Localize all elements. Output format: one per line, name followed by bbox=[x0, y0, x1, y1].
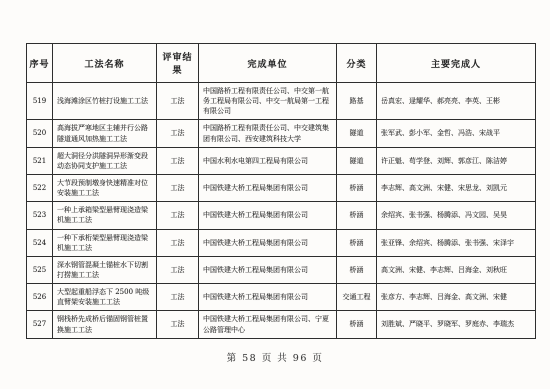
column-header-people: 主要完成人 bbox=[377, 44, 536, 83]
cell-completing-unit: 中国路桥工程有限责任公司、中交建筑集团有限公司、西安建筑科技大学 bbox=[199, 120, 337, 147]
cell-review-result: 工法 bbox=[157, 83, 199, 120]
cell-review-result: 工法 bbox=[157, 147, 199, 174]
cell-main-people: 刘胜斌、严晓平、罗晓军、罗庭赤、李瑞杰 bbox=[377, 311, 536, 338]
column-header-category: 分类 bbox=[337, 44, 377, 83]
cell-category: 隧道 bbox=[337, 147, 377, 174]
table-header-row: 序号 工法名称 评审结果 完成单位 分类 主要完成人 bbox=[27, 44, 536, 83]
cell-completing-unit: 中国铁建大桥工程局集团有限公司 bbox=[199, 284, 337, 311]
cell-serial-number: 524 bbox=[27, 229, 53, 256]
cell-category: 交通工程 bbox=[337, 284, 377, 311]
methods-table: 序号 工法名称 评审结果 完成单位 分类 主要完成人 519 浅海滩涂区竹桩打设… bbox=[26, 43, 536, 339]
cell-serial-number: 519 bbox=[27, 83, 53, 120]
cell-main-people: 李志辉、高文洲、宋健、宋思龙、刘凯元 bbox=[377, 174, 536, 201]
cell-serial-number: 527 bbox=[27, 311, 53, 338]
cell-main-people: 张军武、彭小军、金哲、冯浩、宋战平 bbox=[377, 120, 536, 147]
table-row: 522 大节段预制墩身快速精准对位安装施工工法 工法 中国铁建大桥工程局集团有限… bbox=[27, 174, 536, 201]
cell-main-people: 张彦方、李志辉、吕海金、高文洲、宋健 bbox=[377, 284, 536, 311]
cell-method-name: 一种下承桁架型悬臂现浇造梁机施工工法 bbox=[53, 229, 157, 256]
cell-main-people: 高文洲、宋健、李志辉、吕海金、刘秋旺 bbox=[377, 256, 536, 283]
cell-method-name: 高海拔严寒地区主辅并行公路隧道通风加热施工工法 bbox=[53, 120, 157, 147]
cell-main-people: 张亚锋、余绍宾、杨腾添、张书强、宋泽宇 bbox=[377, 229, 536, 256]
cell-serial-number: 520 bbox=[27, 120, 53, 147]
cell-review-result: 工法 bbox=[157, 202, 199, 229]
cell-method-name: 一种上承箱梁型悬臂现浇造梁机施工工法 bbox=[53, 202, 157, 229]
cell-category: 桥涵 bbox=[337, 311, 377, 338]
cell-completing-unit: 中国路桥工程有限责任公司、中交第一航务工程局有限公司、中交一航局第一工程有限公司 bbox=[199, 83, 337, 120]
table-row: 521 超大洞径分洪隧洞异形渐变段动态协同支护施工工法 工法 中国水利水电第四工… bbox=[27, 147, 536, 174]
cell-completing-unit: 中国铁建大桥工程局集团有限公司、宁夏公路管理中心 bbox=[199, 311, 337, 338]
cell-category: 桥涵 bbox=[337, 256, 377, 283]
cell-main-people: 岳真宏、逯耀华、郝亮亮、李英、王彬 bbox=[377, 83, 536, 120]
table-row: 519 浅海滩涂区竹桩打设施工工法 工法 中国路桥工程有限责任公司、中交第一航务… bbox=[27, 83, 536, 120]
cell-completing-unit: 中国水利水电第四工程局有限公司 bbox=[199, 147, 337, 174]
cell-completing-unit: 中国铁建大桥工程局集团有限公司 bbox=[199, 174, 337, 201]
table-row: 523 一种上承箱梁型悬臂现浇造梁机施工工法 工法 中国铁建大桥工程局集团有限公… bbox=[27, 202, 536, 229]
cell-review-result: 工法 bbox=[157, 256, 199, 283]
column-header-result: 评审结果 bbox=[157, 44, 199, 83]
table-row: 525 深水钢管混凝土锚桩水下切割打捞施工工法 工法 中国铁建大桥工程局集团有限… bbox=[27, 256, 536, 283]
cell-method-name: 浅海滩涂区竹桩打设施工工法 bbox=[53, 83, 157, 120]
table-row: 526 大型起重船浮态下 2500 吨级直臂架安装施工工法 工法 中国铁建大桥工… bbox=[27, 284, 536, 311]
cell-review-result: 工法 bbox=[157, 174, 199, 201]
cell-completing-unit: 中国铁建大桥工程局集团有限公司 bbox=[199, 202, 337, 229]
scanned-document-page: 序号 工法名称 评审结果 完成单位 分类 主要完成人 519 浅海滩涂区竹桩打设… bbox=[0, 0, 550, 389]
cell-review-result: 工法 bbox=[157, 311, 199, 338]
cell-method-name: 钢栈桥先成桥后锚固钢管桩置换施工工法 bbox=[53, 311, 157, 338]
cell-review-result: 工法 bbox=[157, 229, 199, 256]
cell-review-result: 工法 bbox=[157, 284, 199, 311]
cell-serial-number: 526 bbox=[27, 284, 53, 311]
cell-category: 路基 bbox=[337, 83, 377, 120]
cell-main-people: 余绍宾、张书强、杨腾添、冯文园、吴昊 bbox=[377, 202, 536, 229]
column-header-no: 序号 bbox=[27, 44, 53, 83]
cell-category: 桥涵 bbox=[337, 202, 377, 229]
column-header-name: 工法名称 bbox=[53, 44, 157, 83]
cell-serial-number: 525 bbox=[27, 256, 53, 283]
cell-review-result: 工法 bbox=[157, 120, 199, 147]
cell-serial-number: 522 bbox=[27, 174, 53, 201]
column-header-unit: 完成单位 bbox=[199, 44, 337, 83]
cell-serial-number: 523 bbox=[27, 202, 53, 229]
cell-method-name: 大型起重船浮态下 2500 吨级直臂架安装施工工法 bbox=[53, 284, 157, 311]
cell-category: 桥涵 bbox=[337, 174, 377, 201]
table-row: 524 一种下承桁架型悬臂现浇造梁机施工工法 工法 中国铁建大桥工程局集团有限公… bbox=[27, 229, 536, 256]
cell-main-people: 许正魁、苟学登、刘辉、郭彦江、陈洁婷 bbox=[377, 147, 536, 174]
cell-completing-unit: 中国铁建大桥工程局集团有限公司 bbox=[199, 229, 337, 256]
cell-method-name: 大节段预制墩身快速精准对位安装施工工法 bbox=[53, 174, 157, 201]
cell-category: 桥涵 bbox=[337, 229, 377, 256]
cell-category: 隧道 bbox=[337, 120, 377, 147]
table-row: 520 高海拔严寒地区主辅并行公路隧道通风加热施工工法 工法 中国路桥工程有限责… bbox=[27, 120, 536, 147]
table-body: 519 浅海滩涂区竹桩打设施工工法 工法 中国路桥工程有限责任公司、中交第一航务… bbox=[27, 83, 536, 339]
cell-serial-number: 521 bbox=[27, 147, 53, 174]
page-number-footer: 第 58 页 共 96 页 bbox=[0, 350, 550, 364]
cell-method-name: 深水钢管混凝土锚桩水下切割打捞施工工法 bbox=[53, 256, 157, 283]
cell-method-name: 超大洞径分洪隧洞异形渐变段动态协同支护施工工法 bbox=[53, 147, 157, 174]
table-row: 527 钢栈桥先成桥后锚固钢管桩置换施工工法 工法 中国铁建大桥工程局集团有限公… bbox=[27, 311, 536, 338]
cell-completing-unit: 中国铁建大桥工程局集团有限公司 bbox=[199, 256, 337, 283]
